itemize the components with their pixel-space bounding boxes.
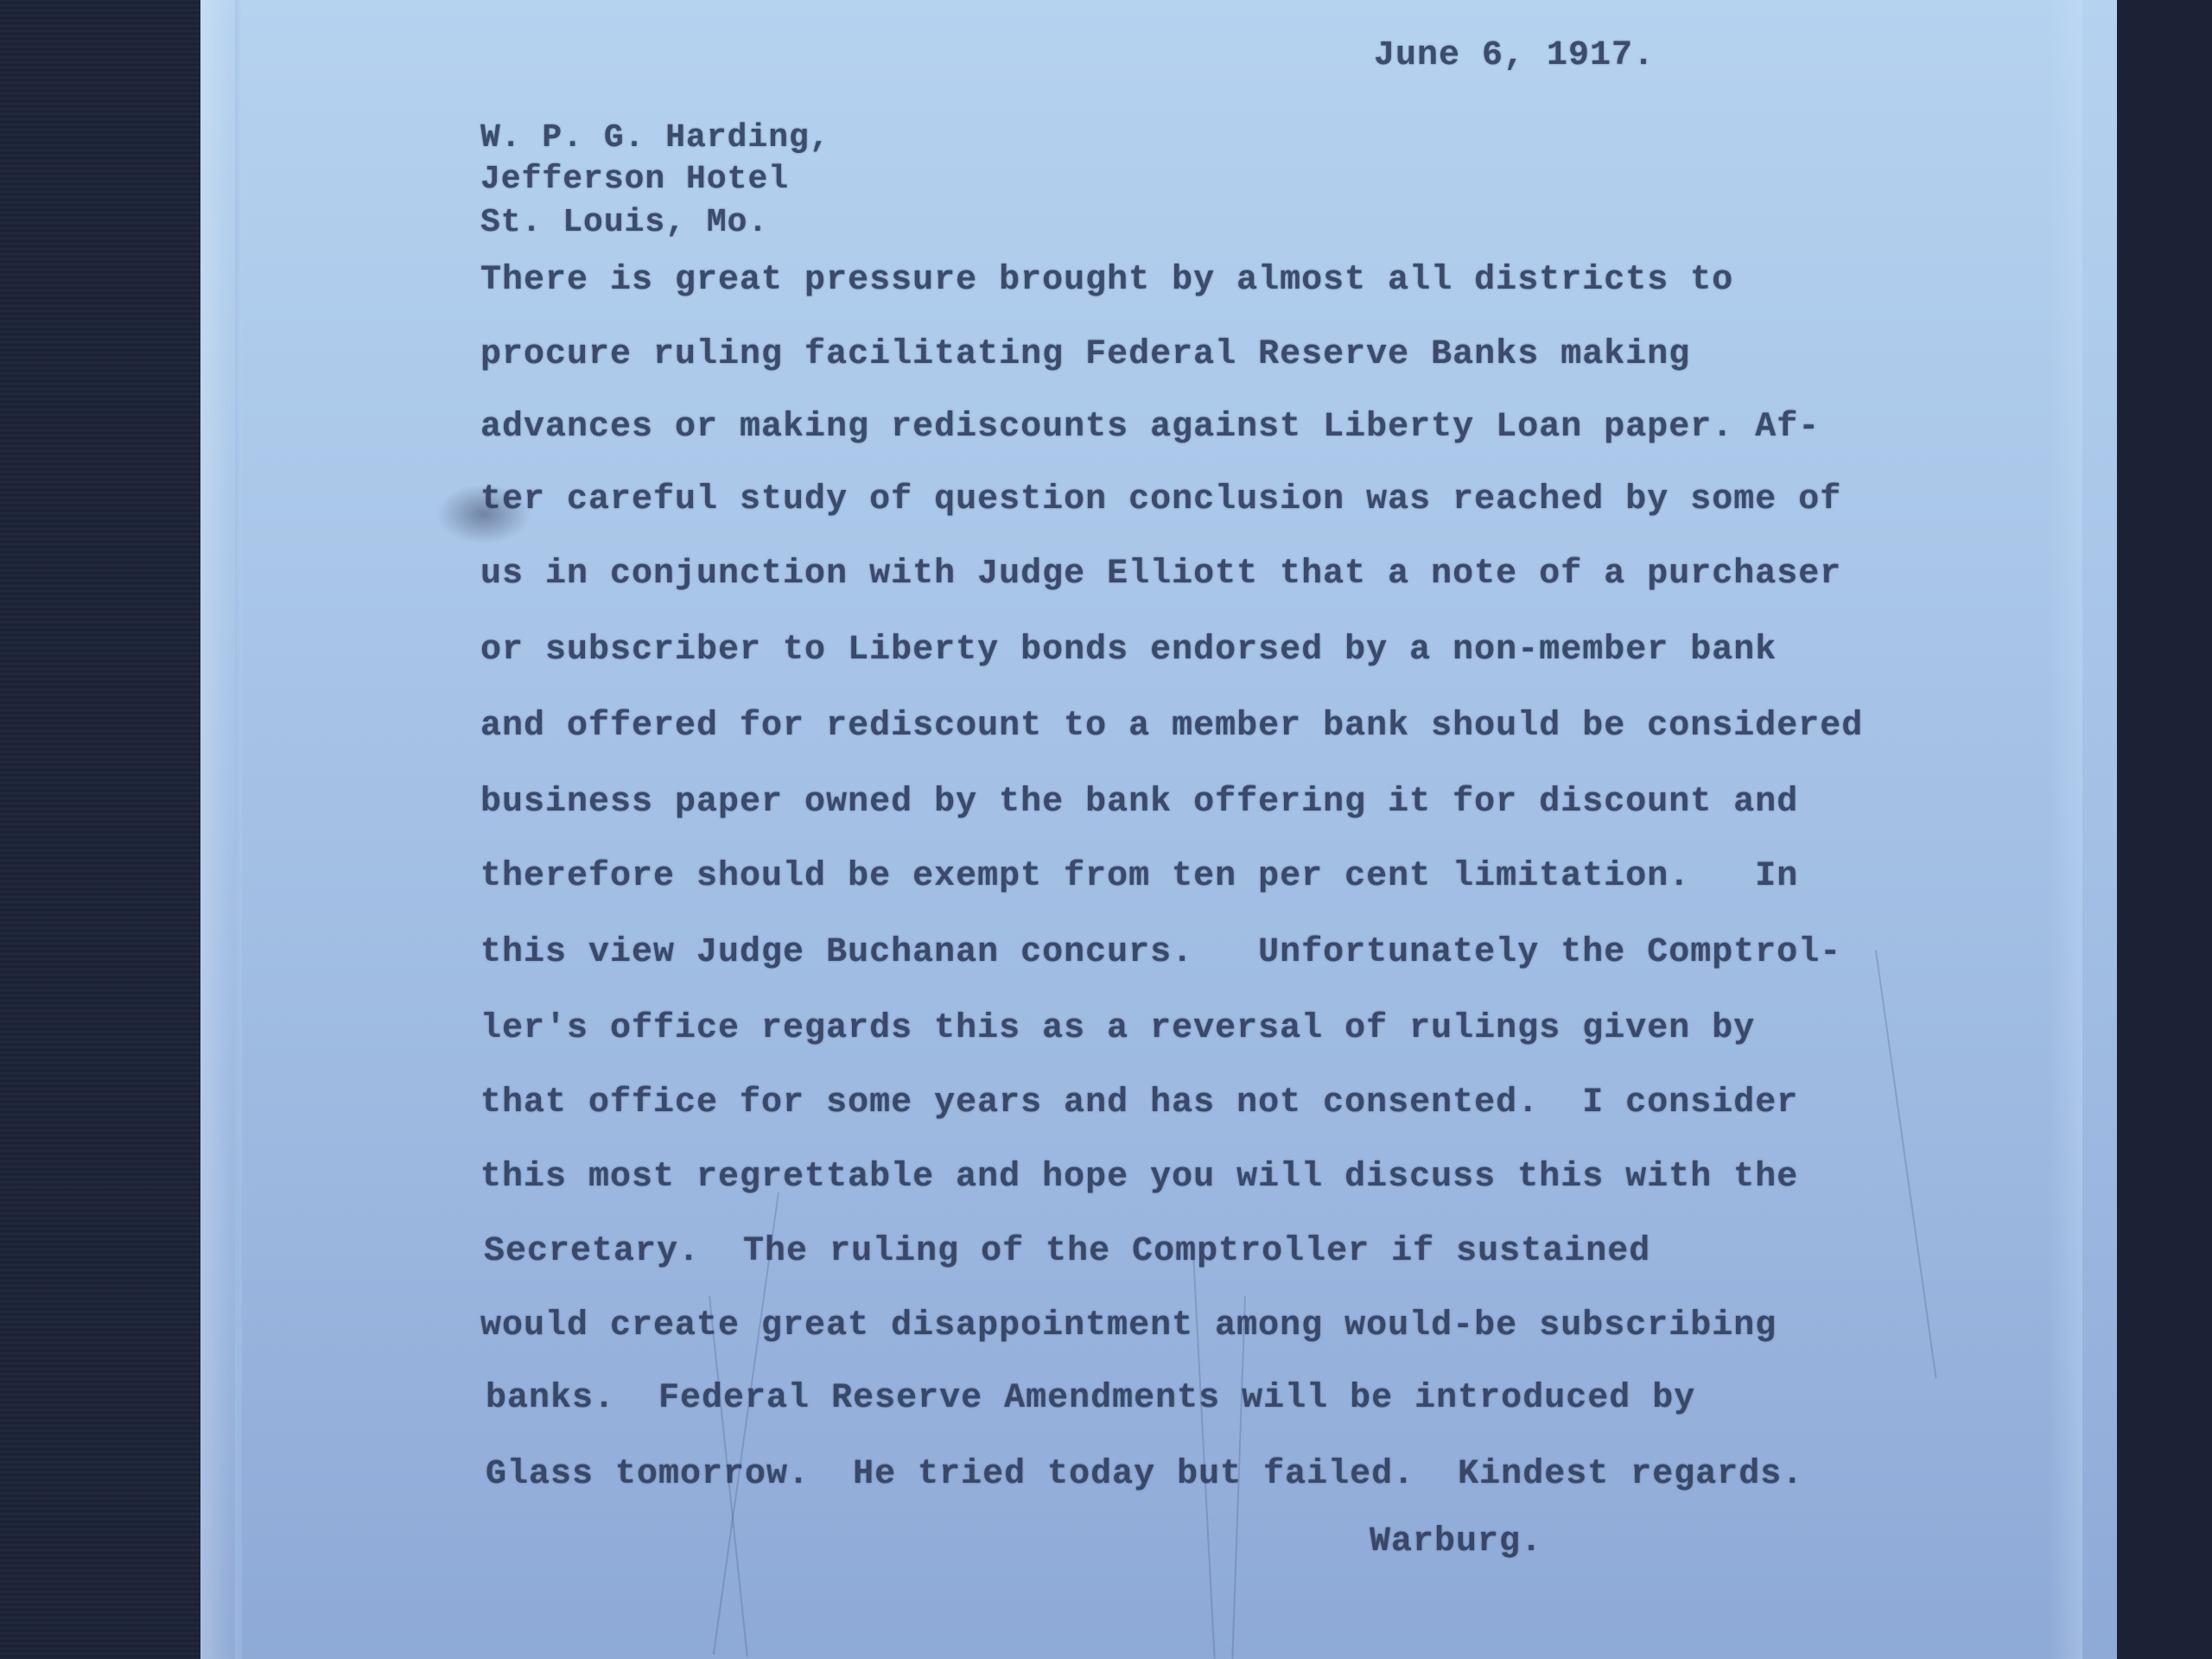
body-line: advances or making rediscounts against L…	[480, 408, 1820, 447]
recipient-name: W. P. G. Harding,	[480, 119, 830, 156]
body-line: banks. Federal Reserve Amendments will b…	[486, 1379, 1695, 1418]
body-line: that office for some years and has not c…	[480, 1084, 1798, 1122]
body-line: therefore should be exempt from ten per …	[480, 857, 1798, 896]
body-line: There is great pressure brought by almos…	[480, 261, 1733, 300]
signature: Warburg.	[1370, 1522, 1542, 1561]
body-line: us in conjunction with Judge Elliott tha…	[480, 555, 1841, 594]
body-line: Secretary. The ruling of the Comptroller…	[484, 1232, 1650, 1271]
body-line: Glass tomorrow. He tried today but faile…	[486, 1455, 1803, 1494]
paper-right-edge-fold	[2048, 0, 2082, 1659]
recipient-city: St. Louis, Mo.	[480, 204, 768, 241]
body-line: procure ruling facilitating Federal Rese…	[480, 335, 1690, 374]
paper-left-edge-fold	[235, 0, 242, 1659]
body-line: or subscriber to Liberty bonds endorsed …	[480, 631, 1777, 670]
body-line: this most regrettable and hope you will …	[480, 1158, 1798, 1197]
body-line: and offered for rediscount to a member b…	[480, 707, 1863, 746]
body-line: this view Judge Buchanan concurs. Unfort…	[480, 933, 1841, 972]
body-line: ter careful study of question conclusion…	[480, 480, 1841, 519]
body-line: ler's office regards this as a reversal …	[480, 1009, 1755, 1048]
recipient-hotel: Jefferson Hotel	[480, 161, 789, 198]
body-line: business paper owned by the bank offerin…	[480, 783, 1798, 822]
body-line: would create great disappointment among …	[480, 1306, 1777, 1345]
letter-date: June 6, 1917.	[1374, 36, 1655, 75]
